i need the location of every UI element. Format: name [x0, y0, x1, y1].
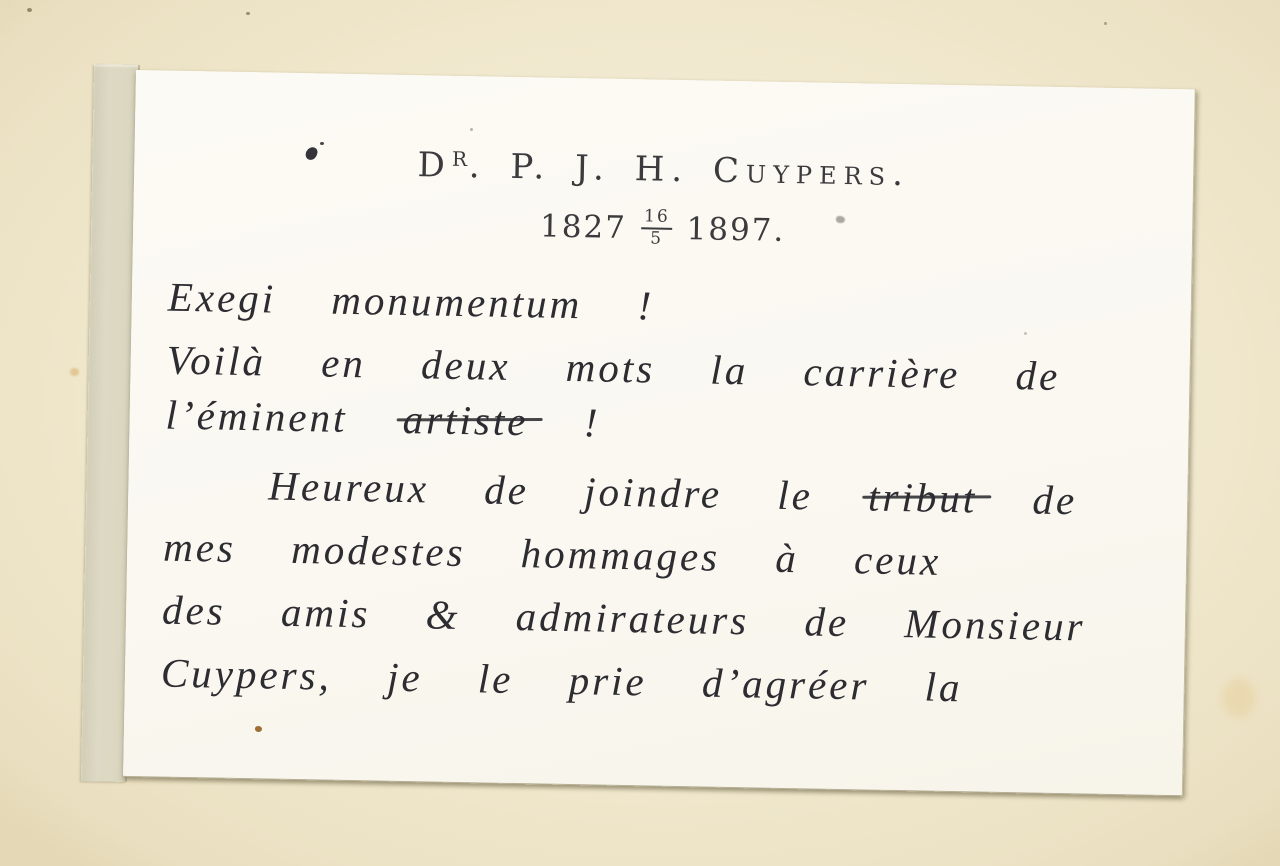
- card-letterhead: DR. P. J. H. Cuypers. 1827 16 5 1897.: [133, 70, 1195, 258]
- name-rest: . P. J. H. Cuypers.: [469, 146, 911, 194]
- printed-dates: 1827 16 5 1897.: [133, 199, 1193, 258]
- line-text: l’éminent: [165, 391, 403, 441]
- printed-name: DR. P. J. H. Cuypers.: [134, 130, 1194, 202]
- crossed-word: tribut: [868, 473, 978, 521]
- line-text: de: [977, 475, 1078, 523]
- death-year: 1897.: [686, 211, 785, 249]
- stain: [1222, 678, 1256, 718]
- stain: [70, 368, 79, 376]
- name-superscript: R: [452, 147, 469, 171]
- date-fraction: 16 5: [641, 208, 673, 248]
- mounted-card: DR. P. J. H. Cuypers. 1827 16 5 1897. Ex…: [123, 70, 1196, 796]
- line-text: Heureux de joindre le: [268, 462, 869, 519]
- fraction-denominator: 5: [650, 229, 663, 248]
- dust-speck: [1104, 22, 1107, 25]
- name-prefix: D: [417, 145, 452, 186]
- fraction-numerator: 16: [641, 208, 673, 229]
- manuscript: Exegi monumentum ! Voilà en deux mots la…: [124, 265, 1191, 723]
- memorial-card: DR. P. J. H. Cuypers. 1827 16 5 1897. Ex…: [123, 70, 1196, 796]
- dust-speck: [27, 8, 32, 12]
- birth-year: 1827: [540, 208, 628, 246]
- line-text: !: [528, 398, 601, 445]
- crossed-word: artiste: [402, 396, 529, 444]
- album-page: DR. P. J. H. Cuypers. 1827 16 5 1897. Ex…: [0, 0, 1280, 866]
- dust-speck: [246, 12, 250, 15]
